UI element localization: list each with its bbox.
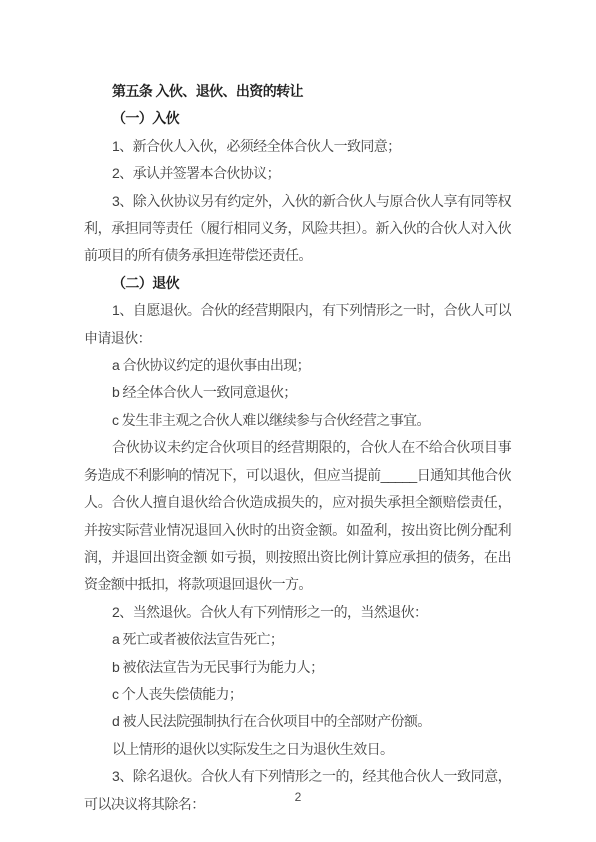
list-item: 3、除入伙协议另有约定外，入伙的新合伙人与原合伙人享有同等权利，承担同等责任（履… [84, 188, 511, 270]
list-item: 1、新合伙人入伙，必须经全体合伙人一致同意； [84, 133, 511, 160]
sub-list-item: c 发生非主观之合伙人难以继续参与合伙经营之事宜。 [84, 407, 511, 434]
list-item: 1、自愿退伙。合伙的经营期限内，有下列情形之一时，合伙人可以申请退伙： [84, 297, 511, 352]
sub-list-item: d 被人民法院强制执行在合伙项目中的全部财产份额。 [84, 708, 511, 735]
page-footer: 2 [0, 788, 596, 806]
sub-list-item: c 个人丧失偿债能力； [84, 681, 511, 708]
sub-list-item: a 死亡或者被依法宣告死亡； [84, 626, 511, 653]
sub-list-item: b 被依法宣告为无民事行为能力人； [84, 654, 511, 681]
list-item: 2、当然退伙。合伙人有下列情形之一的，当然退伙： [84, 599, 511, 626]
sub-list-item: a 合伙协议约定的退伙事由出现； [84, 352, 511, 379]
document-body: 第五条 入伙、退伙、出资的转让 （一）入伙 1、新合伙人入伙，必须经全体合伙人一… [84, 78, 511, 818]
section-heading-join: （一）入伙 [84, 105, 511, 132]
sub-list-item: b 经全体合伙人一致同意退伙； [84, 379, 511, 406]
section-heading-withdraw: （二）退伙 [84, 270, 511, 297]
document-page: 第五条 入伙、退伙、出资的转让 （一）入伙 1、新合伙人入伙，必须经全体合伙人一… [0, 0, 596, 842]
list-item: 2、承认并签署本合伙协议； [84, 160, 511, 187]
page-number: 2 [295, 790, 302, 804]
paragraph: 以上情形的退伙以实际发生之日为退伙生效日。 [84, 736, 511, 763]
paragraph: 合伙协议未约定合伙项目的经营期限的，合伙人在不给合伙项目事务造成不利影响的情况下… [84, 434, 511, 598]
clause-heading: 第五条 入伙、退伙、出资的转让 [84, 78, 511, 105]
